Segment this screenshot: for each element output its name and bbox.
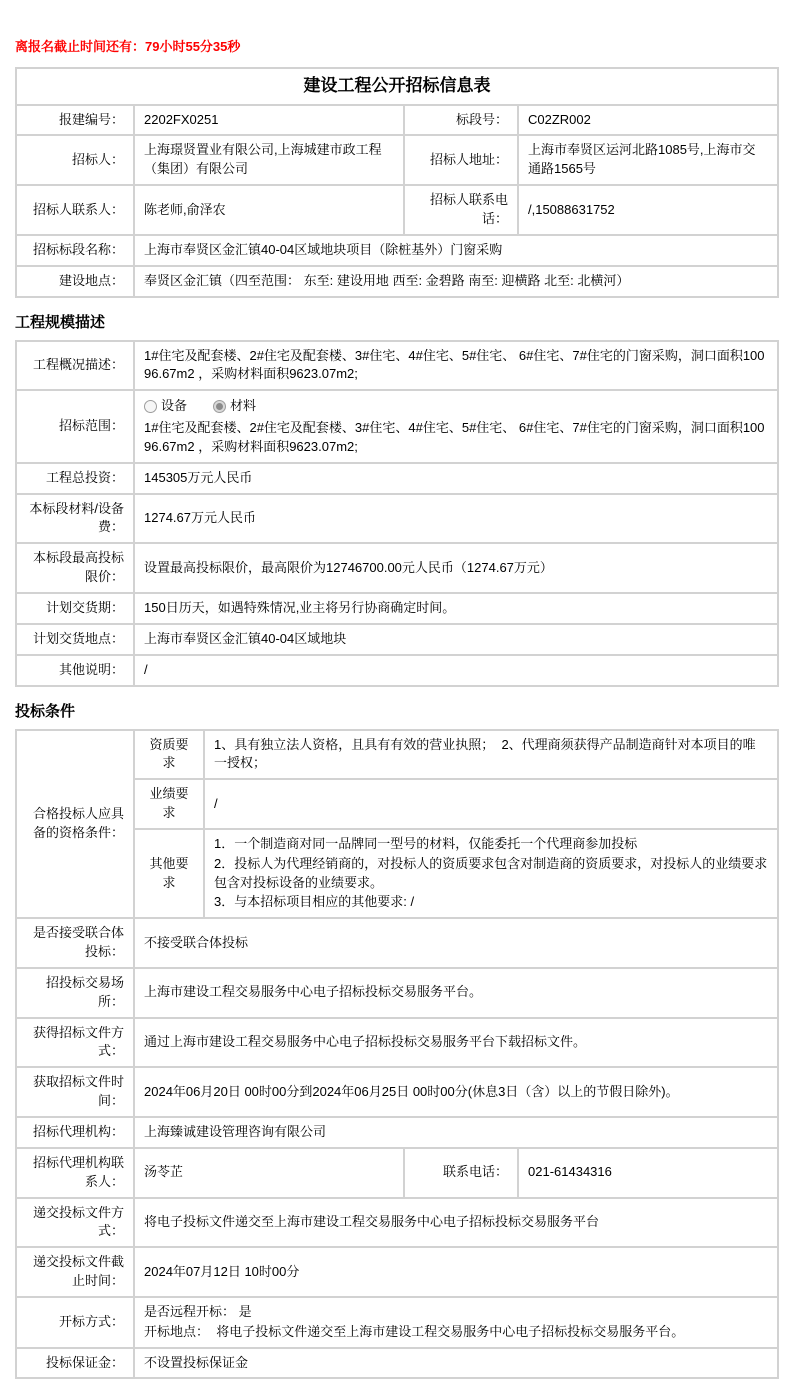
other-req-label: 其他要求 [134, 829, 204, 918]
other-note-label: 其他说明： [16, 655, 134, 686]
contact-tel-label: 招标人联系电话： [404, 185, 518, 235]
contact-label: 招标人联系人： [16, 185, 134, 235]
price-limit-value: 设置最高投标限价，最高限价为12746700.00元人民币（1274.67万元） [134, 543, 778, 593]
bid-conditions-table: 合格投标人应具备的资格条件： 资质要求 1、具有独立法人资格，且具有有效的营业执… [15, 729, 779, 1380]
qualification-label: 合格投标人应具备的资格条件： [16, 730, 134, 919]
row-location: 建设地点： 奉贤区金汇镇（四至范围： 东至: 建设用地 西至: 金碧路 南至: … [16, 266, 778, 297]
contact-value: 陈老师,俞泽农 [134, 185, 404, 235]
scope-option-equipment[interactable]: 设备 [144, 397, 187, 416]
row-section-name: 招标标段名称： 上海市奉贤区金汇镇40-04区域地块项目（除桩基外）门窗采购 [16, 235, 778, 266]
material-cost-label: 本标段材料/设备费： [16, 494, 134, 544]
row-material-cost: 本标段材料/设备费： 1274.67万元人民币 [16, 494, 778, 544]
row-total-investment: 工程总投资： 145305万元人民币 [16, 463, 778, 494]
tenderer-label: 招标人： [16, 135, 134, 185]
row-tenderer: 招标人： 上海璟贤置业有限公司,上海城建市政工程（集团）有限公司 招标人地址： … [16, 135, 778, 185]
other-req-line-1: 1．一个制造商对同一品牌同一型号的材料，仅能委托一个代理商参加投标 [214, 835, 768, 854]
section-no-value: C02ZR002 [518, 105, 778, 136]
tenderer-addr-label: 招标人地址： [404, 135, 518, 185]
perf-req-value: / [204, 779, 778, 829]
submit-method-label: 递交投标文件方式： [16, 1198, 134, 1248]
contact-tel-value: /,15088631752 [518, 185, 778, 235]
scope-option-material[interactable]: 材料 [213, 397, 256, 416]
delivery-period-value: 150日历天，如遇特殊情况,业主将另行协商确定时间。 [134, 593, 778, 624]
countdown-label: 离报名截止时间还有： [15, 39, 145, 54]
opening-label: 开标方式： [16, 1297, 134, 1348]
deadline-label: 递交投标文件截止时间： [16, 1247, 134, 1297]
other-req-value: 1．一个制造商对同一品牌同一型号的材料，仅能委托一个代理商参加投标 2．投标人为… [204, 829, 778, 918]
deadline-value: 2024年07月12日 10时00分 [134, 1247, 778, 1297]
total-investment-label: 工程总投资： [16, 463, 134, 494]
row-deadline: 递交投标文件截止时间： 2024年07月12日 10时00分 [16, 1247, 778, 1297]
venue-label: 招投标交易场所： [16, 968, 134, 1018]
overview-value: 1#住宅及配套楼、2#住宅及配套楼、3#住宅、4#住宅、5#住宅、 6#住宅、7… [134, 341, 778, 391]
agency-contact-label: 招标代理机构联系人： [16, 1148, 134, 1198]
doc-time-value: 2024年06月20日 00时00分到2024年06月25日 00时00分(休息… [134, 1067, 778, 1117]
deposit-label: 投标保证金： [16, 1348, 134, 1379]
row-opening: 开标方式： 是否远程开标： 是 开标地点： 将电子投标文件递交至上海市建设工程交… [16, 1297, 778, 1348]
doc-method-value: 通过上海市建设工程交易服务中心电子招标投标交易服务平台下载招标文件。 [134, 1018, 778, 1068]
row-scope: 招标范围： 设备 材料 1#住宅及配套楼、2#住宅及配套楼、3#住宅、4#住宅、… [16, 390, 778, 463]
tenderer-value: 上海璟贤置业有限公司,上海城建市政工程（集团）有限公司 [134, 135, 404, 185]
radio-unchecked-icon[interactable] [144, 400, 157, 413]
row-report-no: 报建编号： 2202FX0251 标段号： C02ZR002 [16, 105, 778, 136]
row-delivery-place: 计划交货地点： 上海市奉贤区金汇镇40-04区域地块 [16, 624, 778, 655]
location-label: 建设地点： [16, 266, 134, 297]
row-venue: 招投标交易场所： 上海市建设工程交易服务中心电子招标投标交易服务平台。 [16, 968, 778, 1018]
scale-section-heading: 工程规模描述 [15, 311, 777, 332]
page-title: 建设工程公开招标信息表 [16, 68, 778, 105]
row-doc-time: 获取招标文件时间： 2024年06月20日 00时00分到2024年06月25日… [16, 1067, 778, 1117]
row-overview: 工程概况描述： 1#住宅及配套楼、2#住宅及配套楼、3#住宅、4#住宅、5#住宅… [16, 341, 778, 391]
row-other-note: 其他说明： / [16, 655, 778, 686]
delivery-period-label: 计划交货期： [16, 593, 134, 624]
basic-info-table: 建设工程公开招标信息表 报建编号： 2202FX0251 标段号： C02ZR0… [15, 67, 779, 298]
venue-value: 上海市建设工程交易服务中心电子招标投标交易服务平台。 [134, 968, 778, 1018]
row-delivery-period: 计划交货期： 150日历天，如遇特殊情况,业主将另行协商确定时间。 [16, 593, 778, 624]
row-agency: 招标代理机构： 上海臻诚建设管理咨询有限公司 [16, 1117, 778, 1148]
table-title-row: 建设工程公开招标信息表 [16, 68, 778, 105]
deposit-value: 不设置投标保证金 [134, 1348, 778, 1379]
project-scale-table: 工程概况描述： 1#住宅及配套楼、2#住宅及配套楼、3#住宅、4#住宅、5#住宅… [15, 340, 779, 687]
row-contact: 招标人联系人： 陈老师,俞泽农 招标人联系电话： /,15088631752 [16, 185, 778, 235]
other-req-line-2: 2．投标人为代理经销商的，对投标人的资质要求包含对制造商的资质要求，对投标人的业… [214, 855, 768, 893]
agency-value: 上海臻诚建设管理咨询有限公司 [134, 1117, 778, 1148]
row-price-limit: 本标段最高投标限价： 设置最高投标限价，最高限价为12746700.00元人民币… [16, 543, 778, 593]
registration-countdown: 离报名截止时间还有：79小时55分35秒 [15, 36, 777, 55]
perf-req-label: 业绩要求 [134, 779, 204, 829]
price-limit-label: 本标段最高投标限价： [16, 543, 134, 593]
bid-section-heading: 投标条件 [15, 700, 777, 721]
row-deposit: 投标保证金： 不设置投标保证金 [16, 1348, 778, 1379]
agency-tel-value: 021-61434316 [518, 1148, 778, 1198]
consortium-label: 是否接受联合体投标： [16, 918, 134, 968]
row-doc-method: 获得招标文件方式： 通过上海市建设工程交易服务中心电子招标投标交易服务平台下载招… [16, 1018, 778, 1068]
section-name-value: 上海市奉贤区金汇镇40-04区域地块项目（除桩基外）门窗采购 [134, 235, 778, 266]
scope-option-material-label: 材料 [230, 397, 256, 416]
qual-req-value: 1、具有独立法人资格，且具有有效的营业执照； 2、代理商须获得产品制造商针对本项… [204, 730, 778, 780]
tenderer-addr-value: 上海市奉贤区运河北路1085号,上海市交通路1565号 [518, 135, 778, 185]
qual-req-label: 资质要求 [134, 730, 204, 780]
agency-contact-value: 汤苓芷 [134, 1148, 404, 1198]
row-qualification-1: 合格投标人应具备的资格条件： 资质要求 1、具有独立法人资格，且具有有效的营业执… [16, 730, 778, 780]
radio-checked-icon[interactable] [213, 400, 226, 413]
scope-label: 招标范围： [16, 390, 134, 463]
delivery-place-value: 上海市奉贤区金汇镇40-04区域地块 [134, 624, 778, 655]
consortium-value: 不接受联合体投标 [134, 918, 778, 968]
report-no-value: 2202FX0251 [134, 105, 404, 136]
opening-remote-line: 是否远程开标： 是 [144, 1303, 768, 1322]
scope-option-equipment-label: 设备 [161, 397, 187, 416]
delivery-place-label: 计划交货地点： [16, 624, 134, 655]
section-name-label: 招标标段名称： [16, 235, 134, 266]
opening-place-line: 开标地点： 将电子投标文件递交至上海市建设工程交易服务中心电子招标投标交易服务平… [144, 1323, 768, 1342]
row-agency-contact: 招标代理机构联系人： 汤苓芷 联系电话： 021-61434316 [16, 1148, 778, 1198]
doc-time-label: 获取招标文件时间： [16, 1067, 134, 1117]
report-no-label: 报建编号： [16, 105, 134, 136]
scope-radio-group: 设备 材料 [144, 397, 768, 416]
overview-label: 工程概况描述： [16, 341, 134, 391]
submit-method-value: 将电子投标文件递交至上海市建设工程交易服务中心电子招标投标交易服务平台 [134, 1198, 778, 1248]
section-no-label: 标段号： [404, 105, 518, 136]
agency-label: 招标代理机构： [16, 1117, 134, 1148]
countdown-value: 79小时55分35秒 [145, 39, 240, 54]
material-cost-value: 1274.67万元人民币 [134, 494, 778, 544]
total-investment-value: 145305万元人民币 [134, 463, 778, 494]
other-req-line-3: 3．与本招标项目相应的其他要求: / [214, 893, 768, 912]
opening-value: 是否远程开标： 是 开标地点： 将电子投标文件递交至上海市建设工程交易服务中心电… [134, 1297, 778, 1348]
doc-method-label: 获得招标文件方式： [16, 1018, 134, 1068]
row-consortium: 是否接受联合体投标： 不接受联合体投标 [16, 918, 778, 968]
row-submit-method: 递交投标文件方式： 将电子投标文件递交至上海市建设工程交易服务中心电子招标投标交… [16, 1198, 778, 1248]
scope-text: 1#住宅及配套楼、2#住宅及配套楼、3#住宅、4#住宅、5#住宅、 6#住宅、7… [144, 419, 768, 457]
other-note-value: / [134, 655, 778, 686]
tender-info-page: { "countdown": { "label": "离报名截止时间还有：", … [0, 0, 793, 1399]
location-value: 奉贤区金汇镇（四至范围： 东至: 建设用地 西至: 金碧路 南至: 迎横路 北至… [134, 266, 778, 297]
agency-tel-label: 联系电话： [404, 1148, 518, 1198]
